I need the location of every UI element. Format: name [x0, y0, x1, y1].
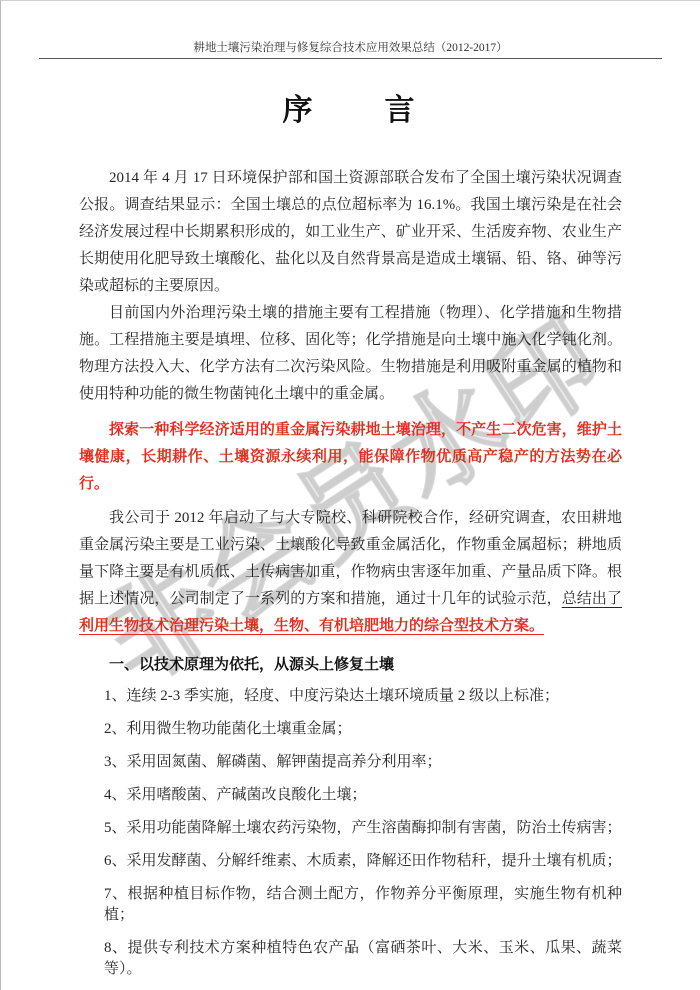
- list-item: 5、采用功能菌降解土壤农药污染物，产生溶菌酶抑制有害菌，防治土传病害；: [79, 818, 622, 839]
- list-item: 2、利用微生物功能菌化土壤重金属；: [79, 719, 622, 740]
- list-item: 4、采用嗜酸菌、产碱菌改良酸化土壤；: [79, 785, 622, 806]
- list-item: 3、采用固氮菌、解磷菌、解钾菌提高养分利用率；: [79, 752, 622, 773]
- page-title: 序 言: [1, 85, 700, 129]
- page-content: 耕地土壤污染治理与修复综合技术应用效果总结（2012-2017） 序 言 201…: [1, 39, 700, 980]
- underlined-black-phrase: 总结出了: [562, 591, 622, 607]
- page-number: 1: [1, 942, 700, 958]
- list-item: 6、采用发酵菌、分解纤维素、木质素，降解还田作物秸秆，提升土壤有机质；: [79, 851, 622, 872]
- paragraph-soil-survey: 2014 年 4 月 17 日环境保护部和国土资源部联合发布了全国土壤污染状况调…: [79, 165, 622, 300]
- list-item: 7、根据种植目标作物，结合测土配方，作物养分平衡原理，实施生物有机种植；: [79, 884, 622, 926]
- section-heading: 一、以技术原理为依托，从源头上修复土壤: [79, 653, 622, 674]
- paragraph-red-exploration: 探索一种科学经济适用的重金属污染耕地土壤治理，不产生二次危害，维护土壤健康，长期…: [79, 417, 622, 498]
- paragraph-company-research-main: 我公司于 2012 年启动了与大专院校、科研院校合作，经研究调查，农田耕地重金属…: [79, 510, 622, 607]
- document-page: 非会员水印 耕地土壤污染治理与修复综合技术应用效果总结（2012-2017） 序…: [0, 0, 700, 990]
- running-header: 耕地土壤污染治理与修复综合技术应用效果总结（2012-2017）: [39, 39, 662, 59]
- body-text: 2014 年 4 月 17 日环境保护部和国土资源部联合发布了全国土壤污染状况调…: [79, 165, 622, 640]
- list-item: 1、连续 2-3 季实施，轻度、中度污染达土壤环境质量 2 级以上标准；: [79, 686, 622, 707]
- paragraph-company-research: 我公司于 2012 年启动了与大专院校、科研院校合作，经研究调查，农田耕地重金属…: [79, 505, 622, 640]
- paragraph-treatment-measures: 目前国内外治理污染土壤的措施主要有工程措施（物理）、化学措施和生物措施。工程措施…: [79, 300, 622, 408]
- technique-list: 1、连续 2-3 季实施，轻度、中度污染达土壤环境质量 2 级以上标准； 2、利…: [79, 686, 622, 980]
- underlined-red-conclusion: 利用生物技术治理污染土壤，生物、有机培肥地力的综合型技术方案。: [79, 618, 544, 634]
